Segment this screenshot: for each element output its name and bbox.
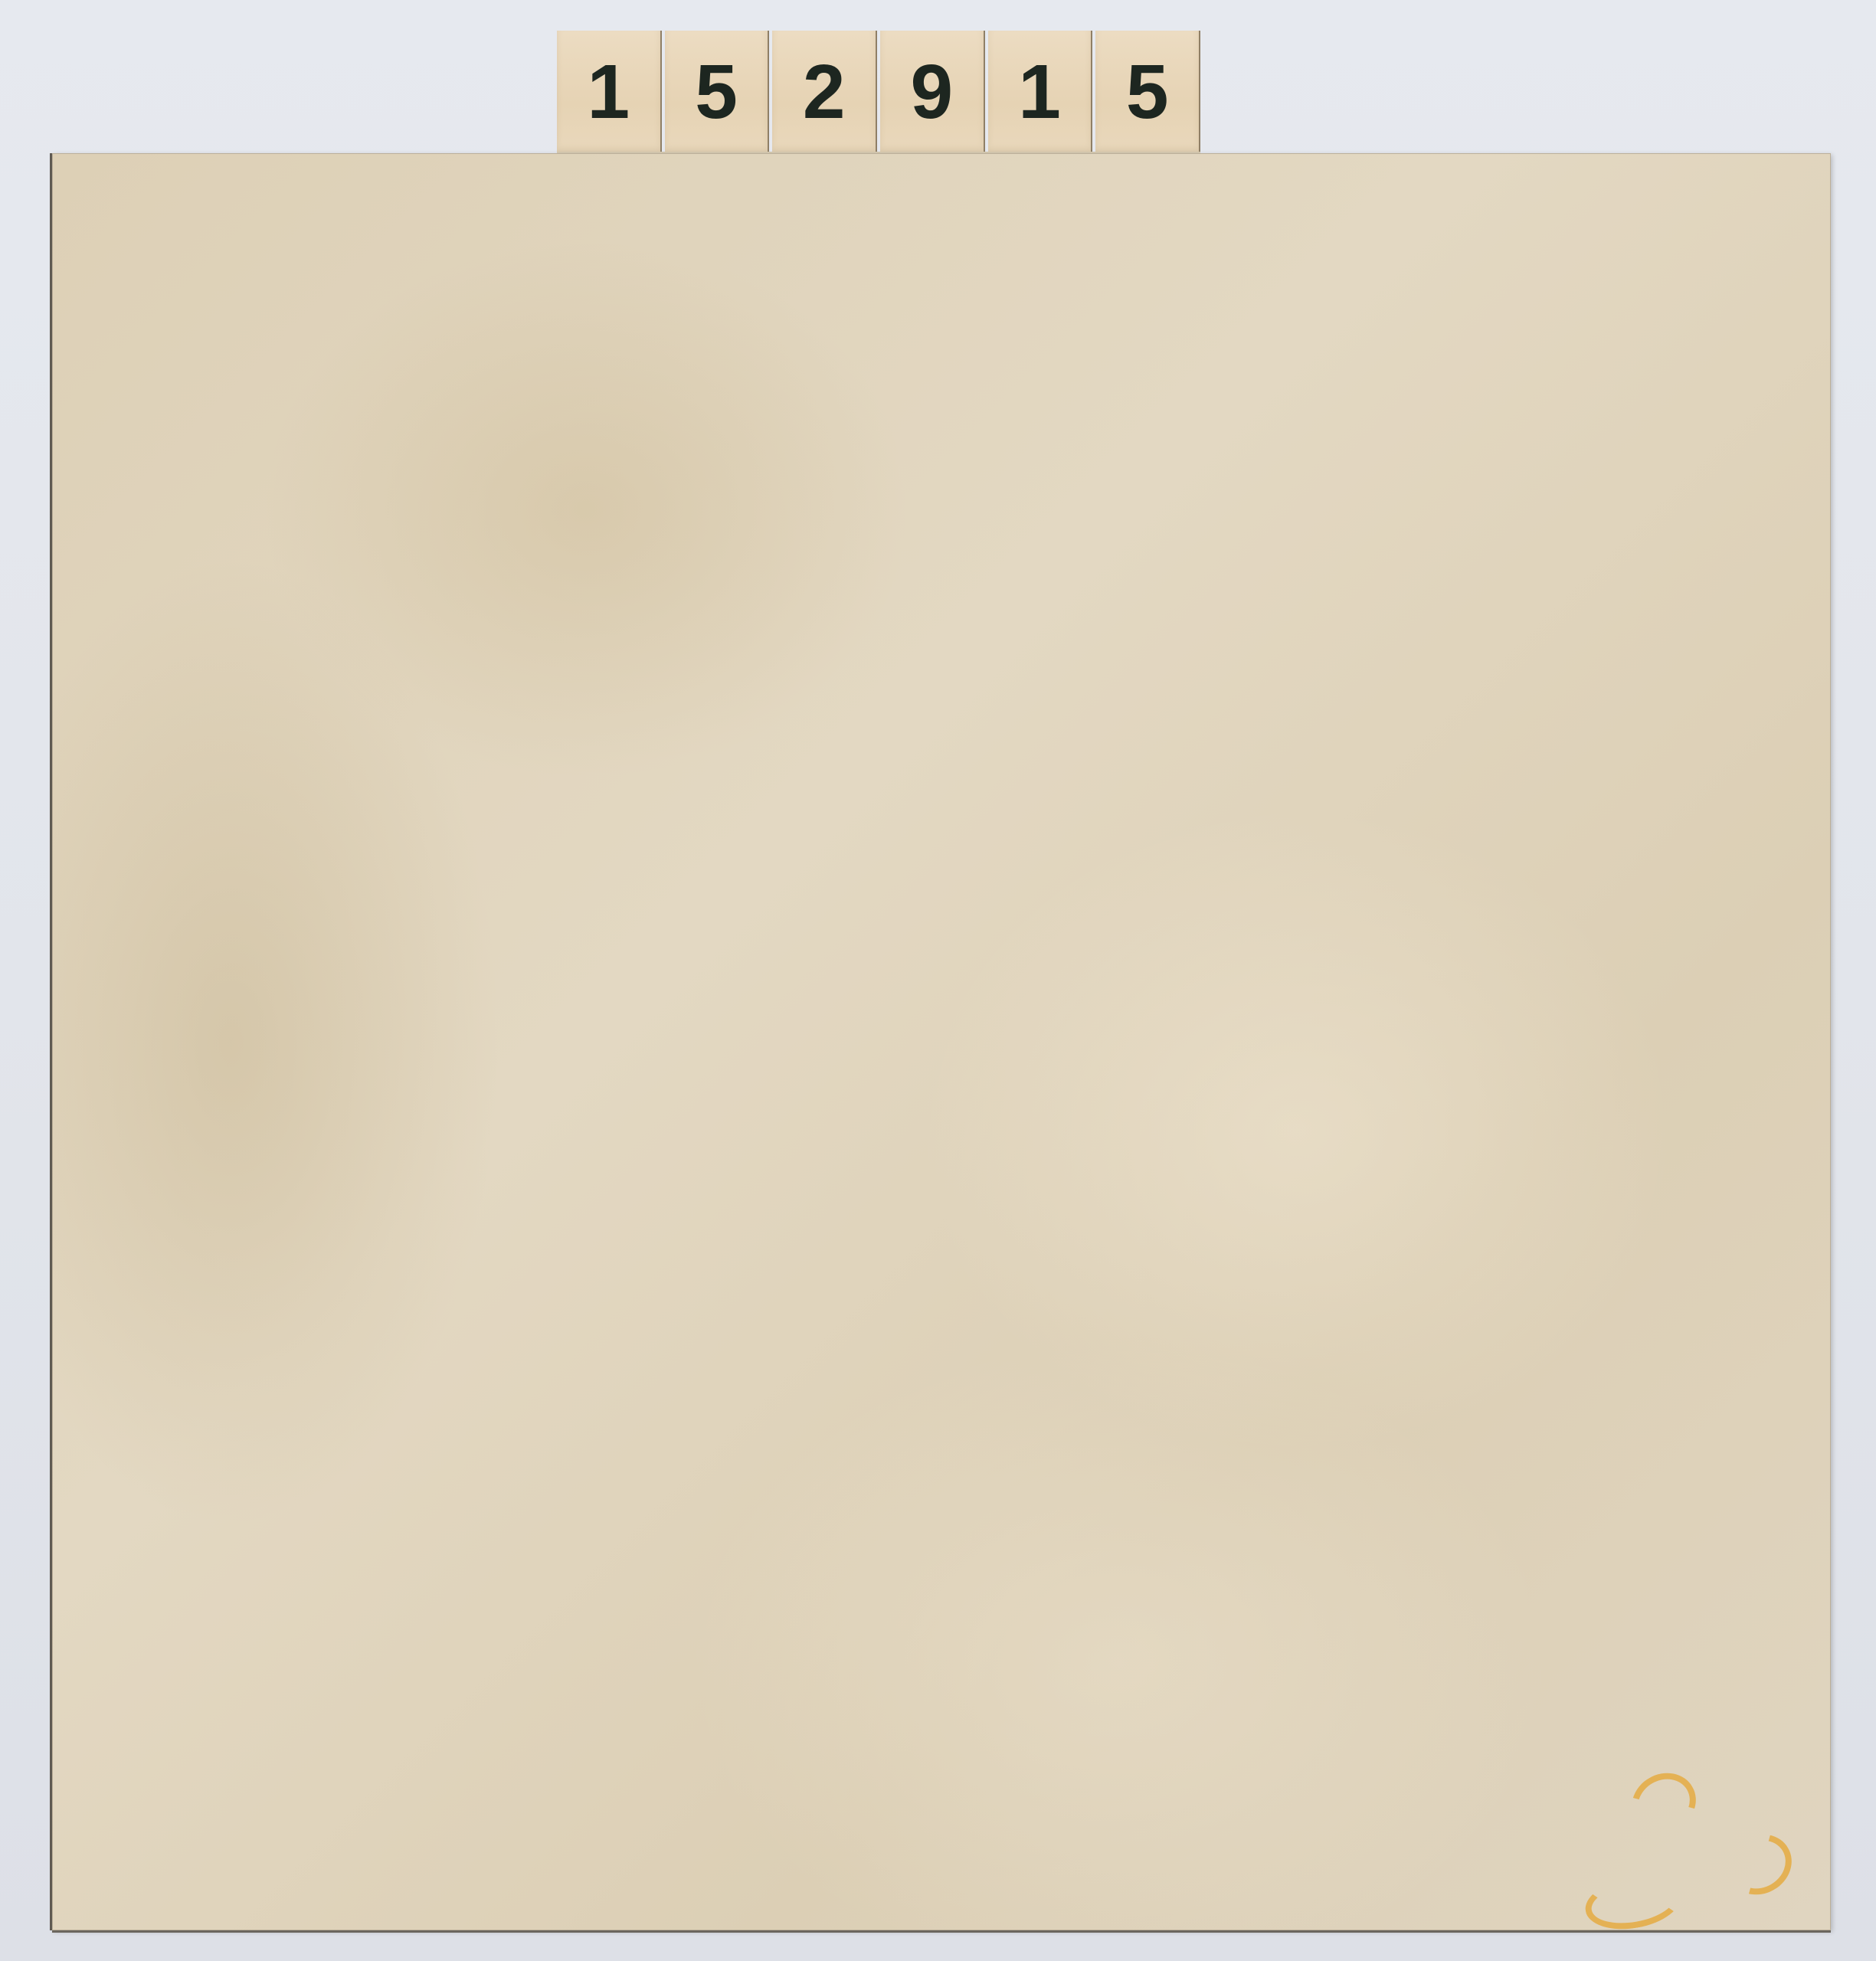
digit: 1 [1018, 48, 1061, 136]
number-tile: 1 [557, 31, 662, 153]
number-tile: 9 [880, 31, 985, 153]
number-label-tray: 1 5 2 9 1 5 [557, 31, 1200, 153]
number-tile: 1 [988, 31, 1093, 153]
number-tile: 5 [665, 31, 770, 153]
number-tile: 2 [772, 31, 877, 153]
glue-stain [1717, 1823, 1802, 1907]
digit: 5 [1126, 48, 1169, 136]
digit: 5 [695, 48, 738, 136]
digit: 9 [911, 48, 954, 136]
number-tile: 5 [1095, 31, 1200, 153]
glue-stain [1581, 1870, 1685, 1936]
glue-stain [1621, 1762, 1707, 1845]
digit: 1 [588, 48, 630, 136]
ceramic-tile [52, 153, 1831, 1930]
digit: 2 [803, 48, 846, 136]
